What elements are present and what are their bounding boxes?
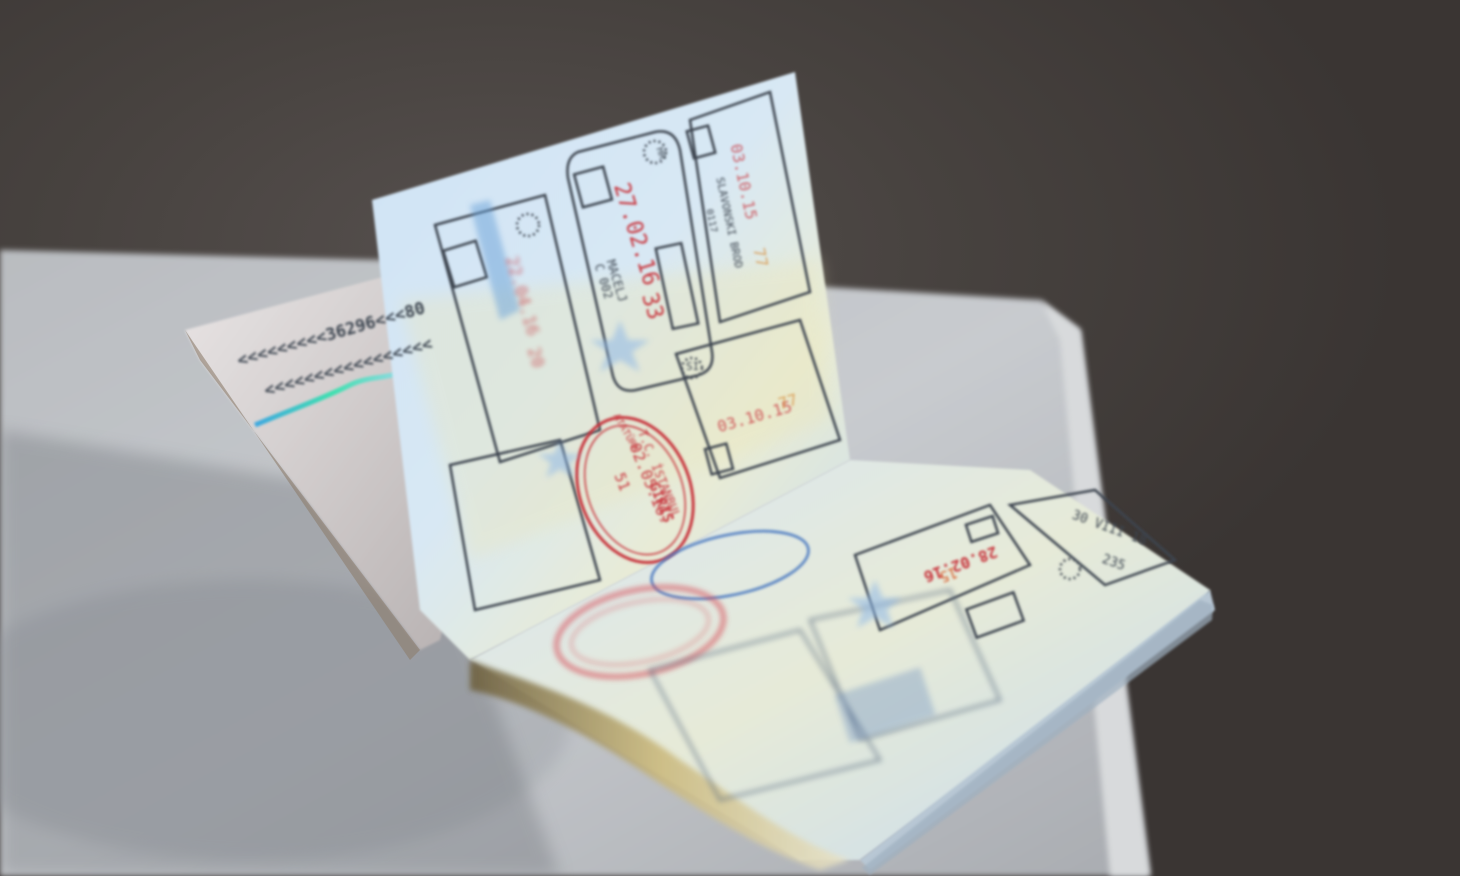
photo-illustration <box>0 0 1460 876</box>
passport-photo: <<<<<<<<<36296<<<80 <<<<<<<<<<<<<<<<< 27… <box>0 0 1460 876</box>
stamp-si-country: SI <box>686 360 699 373</box>
stamp-slavonski-number: 77 <box>749 246 772 269</box>
